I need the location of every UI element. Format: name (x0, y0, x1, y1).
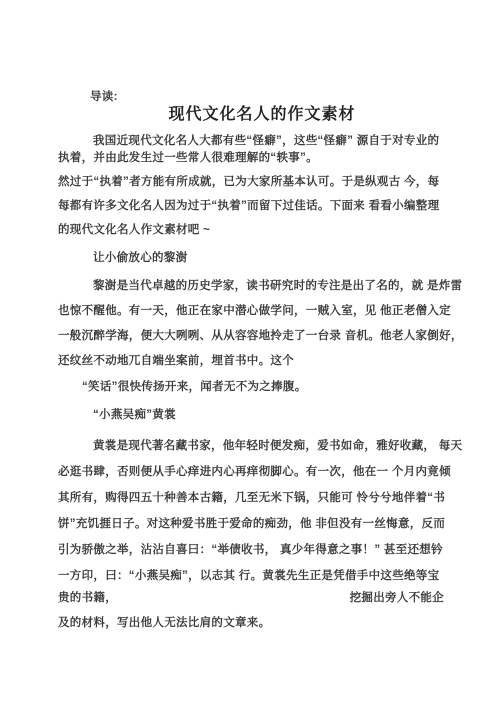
line-fragment-right: 挖掘出旁人不能企 (350, 586, 444, 611)
paragraph-line: 每都有许多文化名人因为过于“执着”而留下过佳话。下面来 看看小编整理 (58, 194, 444, 218)
paragraph-line: 执着，并由此发生过一些常人很难理解的“轶事”。 (58, 150, 444, 167)
paragraph-line: 及的材料，写出他人无法比肩的文章来。 (58, 611, 444, 636)
line-fragment-left: 贵的书籍， (58, 586, 117, 611)
paragraph-line: 一般沉醉学海，便大大咧咧、从从容容地拎走了一台录 音机。他老人家倒好， (58, 324, 444, 349)
paragraph-line: 其所有，购得四五十种善本古籍，几至无米下锅，只能可 怜兮兮地伴着“书 (58, 485, 444, 511)
paragraph-line: 黄裳是现代著名藏书家，他年轻时便发痴，爱书如命，雅好收藏， 每天 (58, 433, 444, 459)
page-title: 现代文化名人的作文素材 (58, 103, 444, 127)
paragraph-line: 然过于“执着”者方能有所成就，已为大家所基本认可。于是纵观古 今，每 (58, 170, 444, 194)
section-heading: 让小偷放心的黎澍 (58, 246, 444, 270)
paragraph-line: 还纹丝不动地兀自端坐案前，埋首书中。这个 (58, 349, 444, 374)
paragraph-line: “笑话”很快传扬开来，闻者无不为之捧腹。 (58, 375, 444, 400)
paragraph-line: 黎澍是当代卓越的历史学家，读书研究时的专注是出了名的，就 是炸雷 (58, 274, 444, 299)
paragraph-line: 必逛书肆，否则便从手心痒进内心再痒彻脚心。有一次，他在一 个月内竟倾 (58, 459, 444, 485)
section-heading: “小燕吴痴”黄裳 (58, 403, 444, 428)
document-page: 导读: 现代文化名人的作文素材 我国近现代文化名人大都有些“怪癖”，这些“怪癖”… (0, 0, 500, 708)
paragraph-line: 也惊不醒他。有一天，他正在家中潜心做学问，一贼入室，见 他正老僧入定 (58, 299, 444, 324)
split-paragraph-line: 贵的书籍， 挖掘出旁人不能企 (58, 586, 444, 611)
paragraph-line: 的现代文化名人作文素材吧 ~ (58, 218, 444, 242)
paragraph-line: 引为骄傲之举，沾沾自喜曰：“举债收书， 真少年得意之事！” 甚至还想钤 (58, 537, 444, 563)
paragraph-line: 饼”充饥捱日子。对这种爱书胜于爱命的痴劲，他 非但没有一丝悔意，反而 (58, 511, 444, 537)
paragraph-line: 我国近现代文化名人大都有些“怪癖”，这些“怪癖” 源自于对专业的 (58, 133, 444, 150)
